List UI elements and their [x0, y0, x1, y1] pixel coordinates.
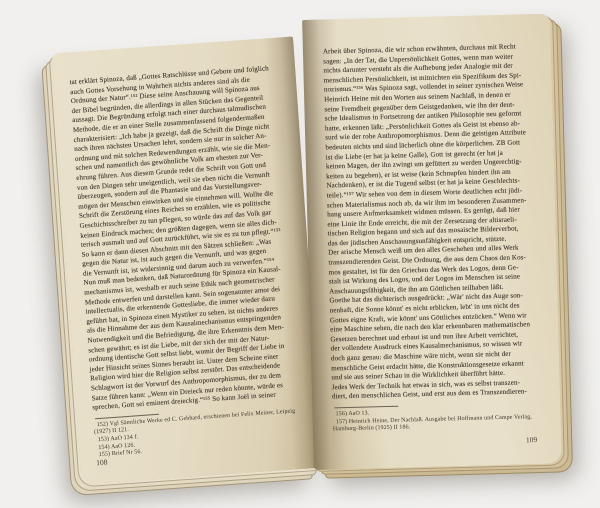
left-page-text: tat erklärt Spinoza, daß „Gottes Ratschl… — [69, 63, 308, 413]
right-footnote-rule — [334, 406, 398, 409]
open-book: tat erklärt Spinoza, daß „Gottes Ratschl… — [50, 6, 558, 500]
right-page-number: 109 — [526, 435, 537, 444]
left-page-content: tat erklärt Spinoza, daß „Gottes Ratschl… — [52, 37, 322, 462]
book-photo: tat erklärt Spinoza, daß „Gottes Ratschl… — [0, 0, 600, 508]
left-page: tat erklärt Spinoza, daß „Gottes Ratschl… — [52, 37, 324, 485]
right-page: Arbeit über Spinoza, die wir schon erwäh… — [302, 14, 562, 470]
right-page-content: Arbeit über Spinoza, die wir schon erwäh… — [302, 14, 561, 435]
left-page-number: 108 — [96, 458, 108, 468]
right-page-footnotes: 156) AaO 13. 157) Heinrich Heine, Der Na… — [332, 406, 549, 434]
right-page-text: Arbeit über Spinoza, die wir schon erwäh… — [323, 42, 548, 403]
